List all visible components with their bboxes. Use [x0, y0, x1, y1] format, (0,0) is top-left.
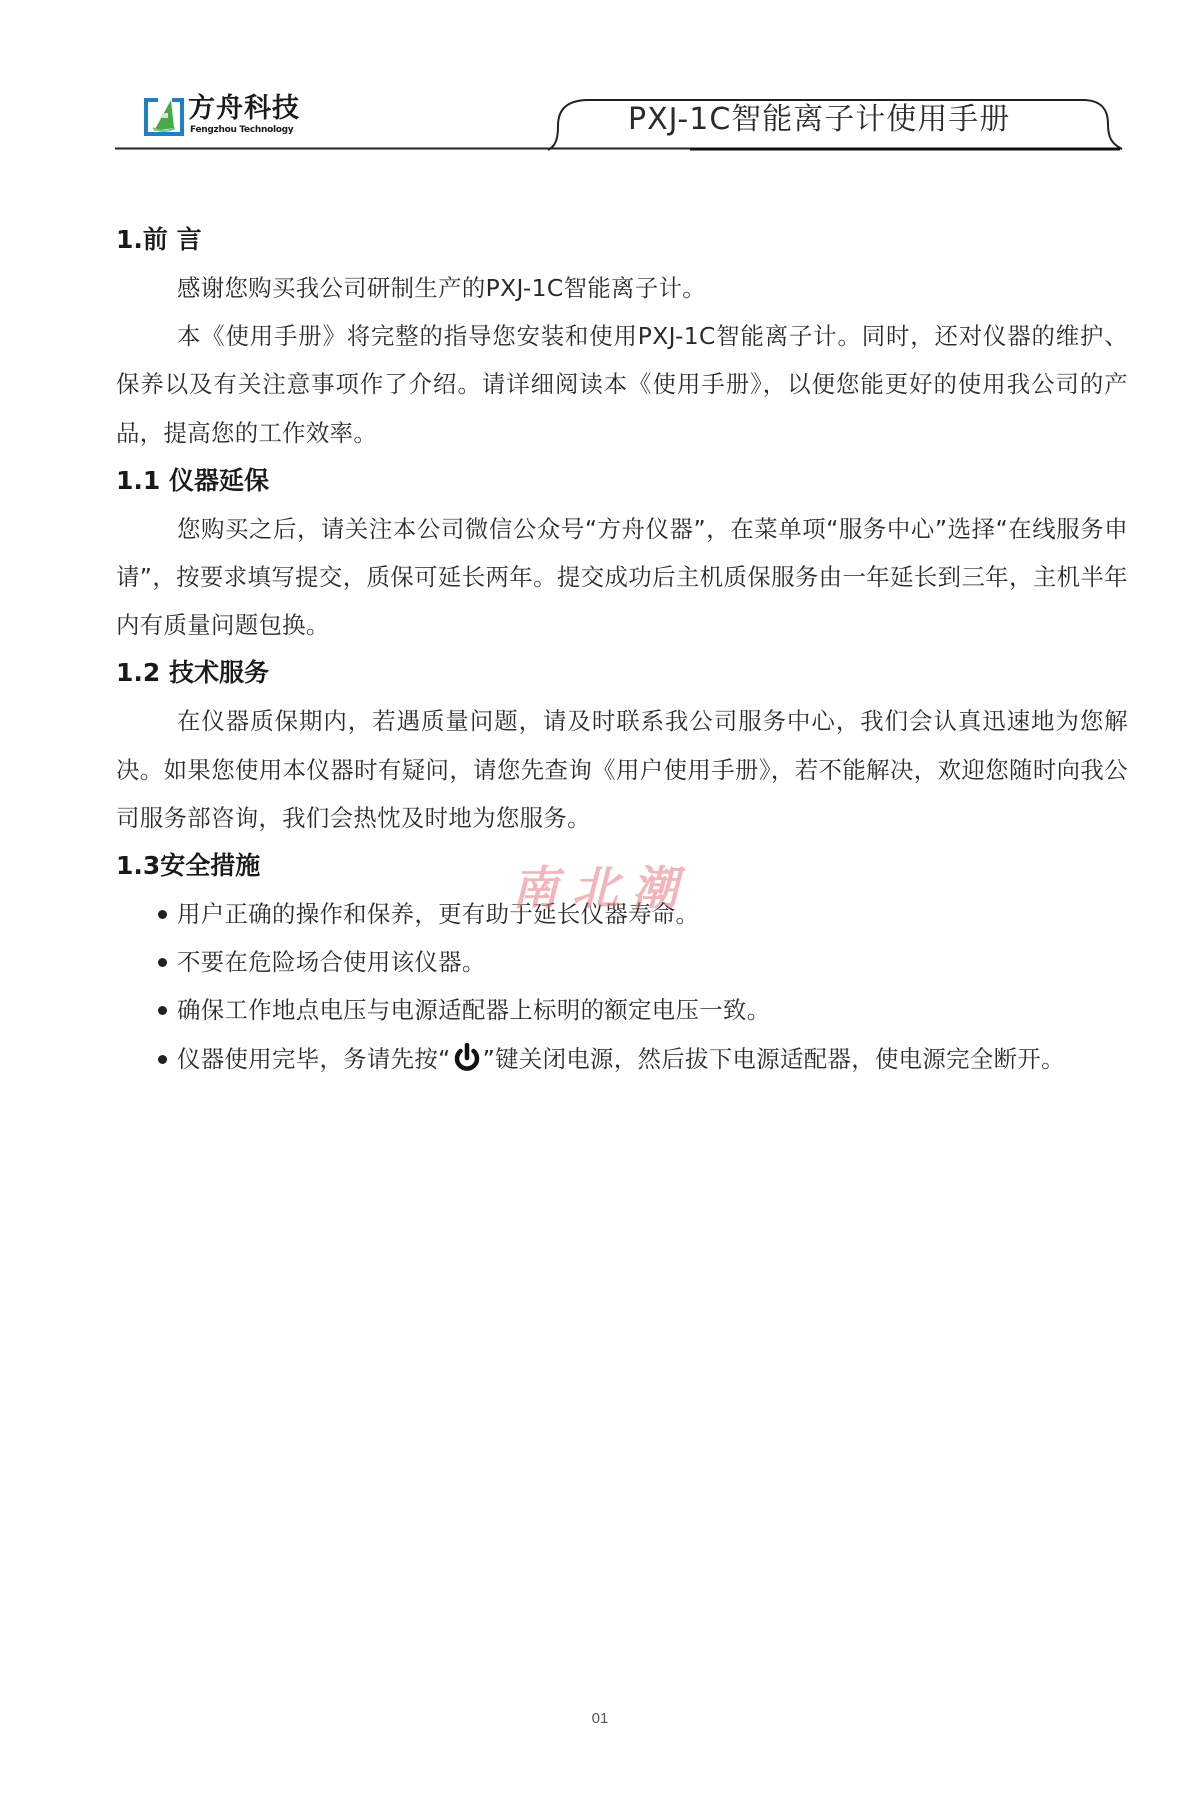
- page-number: 01: [0, 1710, 1200, 1727]
- paragraph: 在仪器质保期内，若遇质量问题，请及时联系我公司服务中心，我们会认真迅速地为您解决…: [116, 697, 1128, 842]
- list-item-text-after: ”键关闭电源，然后拔下电源适配器，使电源完全断开。: [483, 1045, 1065, 1073]
- document-body: 1.前 言 感谢您购买我公司研制生产的PXJ-1C智能离子计。 本《使用手册》将…: [116, 216, 1128, 1083]
- company-name-en: Fengzhou Technology: [190, 125, 293, 135]
- section-heading-safety: 1.3安全措施: [116, 842, 1128, 890]
- list-item-text: 确保工作地点电压与电源适配器上标明的额定电压一致。: [177, 996, 771, 1024]
- page-header: 方舟科技 Fengzhou Technology PXJ-1C智能离子计使用手册: [0, 0, 1200, 160]
- paragraph: 本《使用手册》将完整的指导您安装和使用PXJ-1C智能离子计。同时，还对仪器的维…: [116, 312, 1128, 457]
- manual-title: PXJ-1C智能离子计使用手册: [628, 102, 1068, 138]
- bullet-icon: [158, 1055, 167, 1064]
- list-item-text-before: 仪器使用完毕，务请先按“: [177, 1045, 451, 1073]
- section-heading-tech-service: 1.2 技术服务: [116, 649, 1128, 697]
- bullet-icon: [158, 1006, 167, 1015]
- company-logo: 方舟科技 Fengzhou Technology: [144, 96, 314, 138]
- sail-logo-icon: [144, 98, 184, 136]
- section-heading-warranty: 1.1 仪器延保: [116, 457, 1128, 505]
- list-item: 用户正确的操作和保养，更有助于延长仪器寿命。: [116, 890, 1128, 938]
- paragraph: 感谢您购买我公司研制生产的PXJ-1C智能离子计。: [116, 264, 1128, 312]
- bullet-icon: [158, 958, 167, 967]
- list-item: 确保工作地点电压与电源适配器上标明的额定电压一致。: [116, 986, 1128, 1034]
- power-icon: [453, 1043, 481, 1073]
- paragraph: 您购买之后，请关注本公司微信公众号“方舟仪器”，在菜单项“服务中心”选择“在线服…: [116, 505, 1128, 650]
- company-name-cn: 方舟科技: [188, 94, 300, 124]
- list-item-text: 用户正确的操作和保养，更有助于延长仪器寿命。: [177, 900, 699, 928]
- list-item: 不要在危险场合使用该仪器。: [116, 938, 1128, 986]
- list-item-power: 仪器使用完毕，务请先按“”键关闭电源，然后拔下电源适配器，使电源完全断开。: [116, 1035, 1128, 1083]
- section-heading-preface: 1.前 言: [116, 216, 1128, 264]
- list-item-text: 不要在危险场合使用该仪器。: [177, 948, 486, 976]
- bullet-icon: [158, 910, 167, 919]
